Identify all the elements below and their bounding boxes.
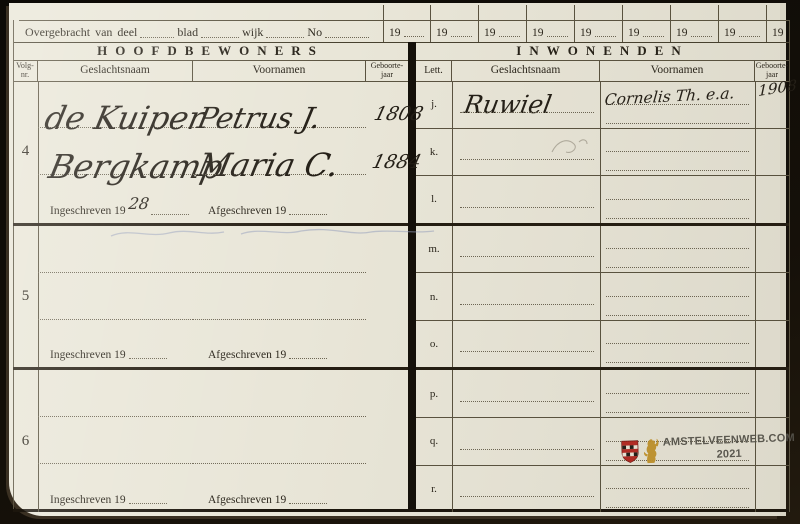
entry-row [38, 417, 408, 464]
year-prefix: 19 [532, 27, 544, 39]
lodger-row-j: j. Ruwiel Cornelis Th. e.a. 1908 [416, 81, 789, 129]
firstnames-cell [193, 273, 366, 320]
firstnames-cell [600, 321, 756, 368]
dotted-leader [547, 32, 569, 37]
afgeschreven-label: Afgeschreven 19 [208, 494, 286, 506]
firstnames-cell [193, 226, 366, 273]
transfer-label-deel: Overgebracht van deel [25, 25, 137, 40]
year-prefix: 19 [676, 27, 688, 39]
section-title-hoofdbewoners: HOOFDBEWONERS [13, 42, 408, 60]
surname-cell [452, 370, 601, 417]
section-title-inwonenden: INWONENDEN [416, 42, 789, 60]
ingeschreven-label: Ingeschreven 19 [50, 349, 126, 361]
entry-row: de Kuiper Petrus J. 1808 [38, 81, 408, 128]
firstnames-cell [600, 129, 756, 176]
header-surname: Geslachtsnaam [452, 60, 600, 81]
dotted-leader [289, 354, 327, 359]
lodger-row-m: m. [416, 226, 789, 274]
surname-cell [452, 129, 601, 176]
entry-row: Bergkamp Maria C. 1884 [38, 128, 408, 175]
letter-label: p. [416, 370, 453, 417]
dotted-leader [499, 32, 521, 37]
surname-cell [452, 226, 601, 273]
dotted-leader [289, 499, 327, 504]
firstnames-cell: Maria C. [193, 128, 366, 175]
hoofdbewoners-section: 4 de Kuiper Petrus J. 1808 Bergkamp Mari… [13, 81, 408, 512]
firstnames-cell: Cornelis Th. e.a. [600, 81, 756, 128]
surname-cell [38, 370, 193, 417]
resident-block-4: 4 de Kuiper Petrus J. 1808 Bergkamp Mari… [13, 81, 408, 223]
registration-row: Ingeschreven 1928 Afgeschreven 19 [38, 195, 408, 217]
dotted-leader [643, 32, 665, 37]
left-column-headers: Volg-nr. Geslachtsnaam Voornamen Geboort… [13, 60, 408, 81]
surname-cell [452, 418, 601, 465]
letter-label: l. [416, 176, 453, 223]
registration-row: Ingeschreven 19 Afgeschreven 19 [38, 484, 408, 506]
transfer-row: Overgebracht van deel blad wijk No [25, 23, 377, 40]
resident-block-5: 5 Ingeschreven 19 Afgeschreven 19 [13, 223, 408, 368]
firstnames-cell [600, 273, 756, 320]
surname-cell [38, 226, 193, 273]
dotted-leader [325, 33, 369, 38]
birthyear-cell [755, 273, 789, 320]
letter-label: j. [416, 81, 453, 128]
handwritten-firstnames: Maria C. [195, 149, 342, 181]
year-cell: 19 [574, 5, 623, 42]
header-firstnames: Voornamen [193, 60, 366, 81]
dotted-leader [201, 33, 239, 38]
birthyear-cell [366, 273, 408, 320]
lion-icon [642, 437, 661, 465]
dotted-leader [595, 32, 617, 37]
dotted-leader [451, 32, 473, 37]
birthyear-cell: 1884 [366, 128, 408, 175]
firstnames-cell [193, 370, 366, 417]
dotted-leader [691, 32, 713, 37]
handwritten-surname: Ruwiel [462, 92, 554, 117]
ingeschreven-label: Ingeschreven 19 [50, 205, 126, 217]
dotted-leader [404, 32, 425, 37]
entry-row [38, 226, 408, 273]
birthyear-cell: 1808 [366, 81, 408, 128]
year-cell: 19 [766, 5, 790, 42]
surname-cell: Ruwiel [452, 81, 601, 128]
letter-label: m. [416, 226, 453, 273]
letter-label: q. [416, 418, 453, 465]
dotted-leader [129, 354, 167, 359]
year-prefix: 19 [628, 27, 640, 39]
transfer-label-blad: blad [177, 25, 198, 40]
volgnr: 5 [13, 226, 39, 368]
dotted-leader [266, 33, 304, 38]
letter-label: k. [416, 129, 453, 176]
transfer-label-wijk: wijk [242, 25, 263, 40]
letter-label: r. [416, 466, 453, 513]
ingeschreven-label: Ingeschreven 19 [50, 494, 126, 506]
amstelveen-shield-icon [621, 439, 640, 464]
firstnames-cell [193, 417, 366, 464]
afgeschreven-label: Afgeschreven 19 [208, 349, 286, 361]
birthyear-cell [366, 417, 408, 464]
birthyear-cell: 1908 [755, 81, 789, 128]
surname-cell [452, 466, 601, 513]
letter-label: o. [416, 321, 453, 368]
handwritten-year: 1908 [758, 78, 797, 99]
birthyear-cell [755, 129, 789, 176]
afgeschreven-label: Afgeschreven 19 [208, 205, 286, 217]
surname-cell [38, 273, 193, 320]
year-cell: 19 [622, 5, 671, 42]
lodger-row-r: r. [416, 466, 789, 513]
dotted-leader [140, 33, 174, 38]
firstnames-cell: Petrus J. [193, 81, 366, 128]
year-prefix: 19 [484, 27, 496, 39]
firstnames-cell [600, 176, 756, 223]
year-cell: 19 [526, 5, 575, 42]
header-surname: Geslachtsnaam [38, 60, 193, 81]
surname-cell [452, 176, 601, 223]
register-card-scan: Overgebracht van deel blad wijk No 19 19… [0, 0, 800, 524]
year-cell: 19 [670, 5, 719, 42]
year-prefix: 19 [436, 27, 448, 39]
year-cell: 19 [478, 5, 527, 42]
year-prefix: 19 [389, 27, 401, 39]
year-cell: 19 [718, 5, 767, 42]
header-volgnr: Volg-nr. [13, 60, 38, 81]
lodger-row-o: o. [416, 321, 789, 371]
year-cell: 19 [383, 5, 431, 42]
lodger-row-k: k. [416, 129, 789, 177]
birthyear-cell [366, 370, 408, 417]
header-letter: Lett. [416, 60, 452, 81]
letter-label: n. [416, 273, 453, 320]
lodger-row-p: p. [416, 370, 789, 418]
transfer-label-no: No [307, 25, 322, 40]
surname-cell [452, 321, 601, 368]
handwritten-ingeschreven-year: 28 [127, 196, 150, 212]
dotted-leader [151, 210, 189, 215]
header-firstnames: Voornamen [600, 60, 755, 81]
registration-row: Ingeschreven 19 Afgeschreven 19 [38, 339, 408, 361]
birthyear-cell [755, 176, 789, 223]
year-prefix: 19 [580, 27, 592, 39]
surname-cell: Bergkamp [38, 128, 193, 175]
year-cell: 19 [430, 5, 479, 42]
surname-cell: de Kuiper [38, 81, 193, 128]
firstnames-cell [600, 370, 756, 417]
birthyear-cell [366, 226, 408, 273]
entry-row [38, 370, 408, 417]
birthyear-cell [755, 321, 789, 368]
firstnames-cell [600, 466, 756, 513]
entry-row [38, 273, 408, 320]
volgnr: 4 [13, 81, 39, 223]
surname-cell [38, 417, 193, 464]
year-prefix: 19 [772, 27, 784, 39]
lodger-row-n: n. [416, 273, 789, 321]
birthyear-cell [755, 370, 789, 417]
header-birthyear: Geboorte-jaar [366, 60, 408, 81]
handwritten-firstnames: Cornelis Th. e.a. [604, 86, 735, 108]
dotted-leader [739, 32, 761, 37]
lodger-row-l: l. [416, 176, 789, 226]
birthyear-cell [755, 226, 789, 273]
dotted-leader [129, 499, 167, 504]
year-prefix: 19 [724, 27, 736, 39]
firstnames-cell [600, 226, 756, 273]
resident-block-6: 6 Ingeschreven 19 Afgeschreven 19 [13, 367, 408, 512]
register-card: Overgebracht van deel blad wijk No 19 19… [9, 3, 780, 516]
surname-cell [452, 273, 601, 320]
dotted-leader [289, 210, 327, 215]
right-column-headers: Lett. Geslachtsnaam Voornamen Geboorte-j… [416, 60, 789, 81]
birthyear-cell [755, 466, 789, 513]
volgnr: 6 [13, 370, 39, 512]
